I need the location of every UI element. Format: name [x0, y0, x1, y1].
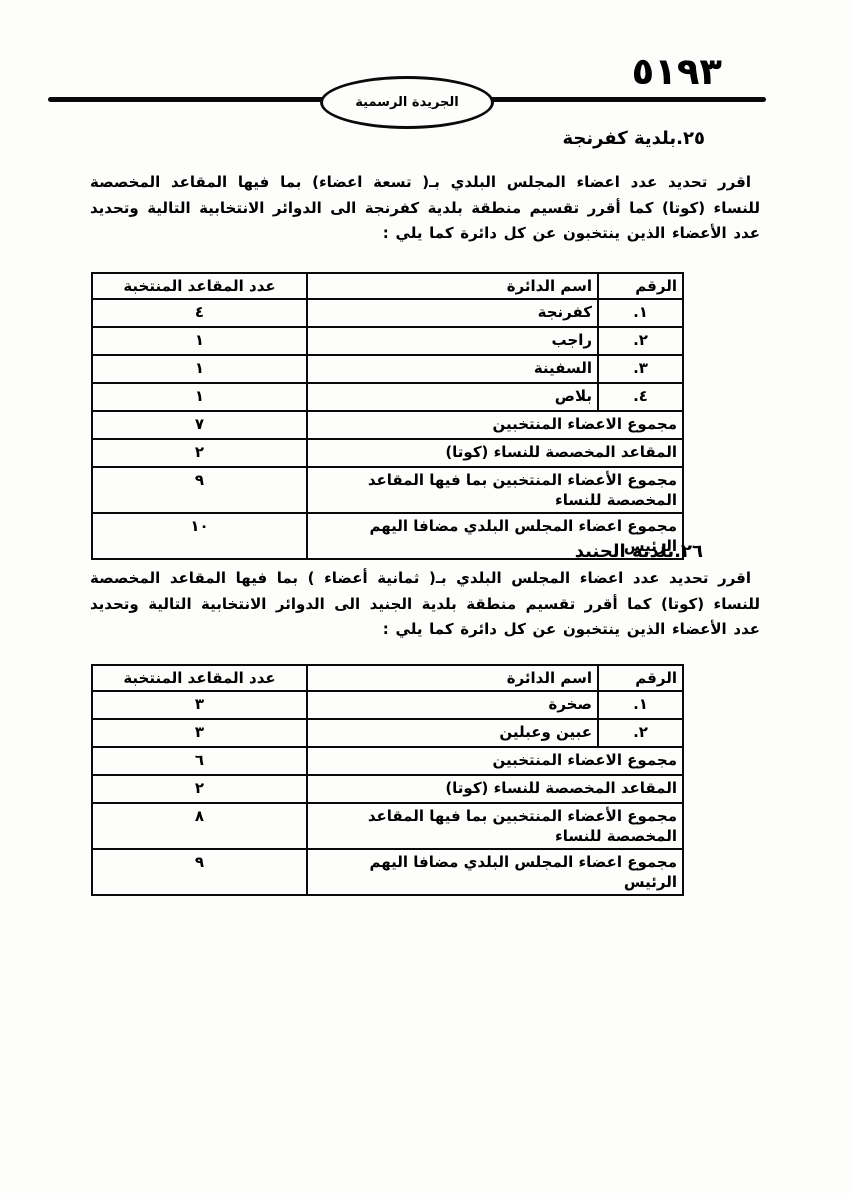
- gazette-seal-label: الجريدة الرسمية: [355, 95, 459, 110]
- summary-value: ٩: [92, 467, 307, 513]
- summary-label: مجموع الأعضاء المنتخبين بما فيها المقاعد…: [307, 803, 683, 849]
- table-header-row: الرقماسم الدائرةعدد المقاعد المنتخبة: [92, 665, 683, 691]
- table-header-row: الرقماسم الدائرةعدد المقاعد المنتخبة: [92, 273, 683, 299]
- district-seats: ٣: [92, 719, 307, 747]
- district-seats: ١: [92, 383, 307, 411]
- district-number: ٤.: [598, 383, 683, 411]
- district-name: كفرنجة: [307, 299, 598, 327]
- summary-value: ١٠: [92, 513, 307, 559]
- page-number: ٥١٩٣: [632, 50, 722, 93]
- district-number: ١.: [598, 299, 683, 327]
- summary-value: ٧: [92, 411, 307, 439]
- summary-label: المقاعد المخصصة للنساء (كوتا): [307, 439, 683, 467]
- col-header-number: الرقم: [598, 273, 683, 299]
- district-name: بلاص: [307, 383, 598, 411]
- col-header-number: الرقم: [598, 665, 683, 691]
- summary-label: مجموع اعضاء المجلس البلدي مضافا اليهم ال…: [307, 849, 683, 895]
- district-seats: ١: [92, 327, 307, 355]
- districts-table-kufranja: الرقماسم الدائرةعدد المقاعد المنتخبة١.كف…: [91, 272, 684, 560]
- section-paragraph-junaid: اقرر تحديد عدد اعضاء المجلس البلدي بـ( ث…: [90, 566, 760, 643]
- col-header-district-name: اسم الدائرة: [307, 665, 598, 691]
- district-number: ٣.: [598, 355, 683, 383]
- col-header-elected-seats: عدد المقاعد المنتخبة: [92, 273, 307, 299]
- col-header-elected-seats: عدد المقاعد المنتخبة: [92, 665, 307, 691]
- summary-value: ٢: [92, 775, 307, 803]
- district-number: ١.: [598, 691, 683, 719]
- summary-row: مجموع الاعضاء المنتخبين٧: [92, 411, 683, 439]
- summary-label: مجموع الأعضاء المنتخبين بما فيها المقاعد…: [307, 467, 683, 513]
- summary-row: مجموع اعضاء المجلس البلدي مضافا اليهم ال…: [92, 849, 683, 895]
- summary-row: مجموع الأعضاء المنتخبين بما فيها المقاعد…: [92, 467, 683, 513]
- district-name: عبين وعبلين: [307, 719, 598, 747]
- summary-value: ٢: [92, 439, 307, 467]
- district-row: ٤.بلاص١: [92, 383, 683, 411]
- summary-label: المقاعد المخصصة للنساء (كوتا): [307, 775, 683, 803]
- col-header-district-name: اسم الدائرة: [307, 273, 598, 299]
- section-title-junaid: ٢٦.بلدية الجنيد: [575, 541, 703, 562]
- district-row: ٣.السفينة١: [92, 355, 683, 383]
- summary-row: المقاعد المخصصة للنساء (كوتا)٢: [92, 439, 683, 467]
- district-seats: ١: [92, 355, 307, 383]
- district-number: ٢.: [598, 719, 683, 747]
- summary-value: ٩: [92, 849, 307, 895]
- gazette-seal: الجريدة الرسمية: [320, 76, 494, 129]
- summary-value: ٨: [92, 803, 307, 849]
- district-seats: ٣: [92, 691, 307, 719]
- gazette-page: ٥١٩٣ الجريدة الرسمية ٢٥.بلدية كفرنجة اقر…: [0, 0, 850, 1193]
- district-row: ٢.راجب١: [92, 327, 683, 355]
- district-number: ٢.: [598, 327, 683, 355]
- section-paragraph-kufranja: اقرر تحديد عدد اعضاء المجلس البلدي بـ( ت…: [90, 170, 760, 247]
- district-name: صخرة: [307, 691, 598, 719]
- summary-label: مجموع الاعضاء المنتخبين: [307, 747, 683, 775]
- section-title-kufranja: ٢٥.بلدية كفرنجة: [562, 128, 705, 149]
- district-name: راجب: [307, 327, 598, 355]
- summary-row: مجموع الأعضاء المنتخبين بما فيها المقاعد…: [92, 803, 683, 849]
- district-row: ٢.عبين وعبلين٣: [92, 719, 683, 747]
- district-row: ١.كفرنجة٤: [92, 299, 683, 327]
- district-row: ١.صخرة٣: [92, 691, 683, 719]
- district-name: السفينة: [307, 355, 598, 383]
- district-seats: ٤: [92, 299, 307, 327]
- districts-table-junaid: الرقماسم الدائرةعدد المقاعد المنتخبة١.صخ…: [91, 664, 684, 896]
- summary-value: ٦: [92, 747, 307, 775]
- summary-row: المقاعد المخصصة للنساء (كوتا)٢: [92, 775, 683, 803]
- summary-label: مجموع الاعضاء المنتخبين: [307, 411, 683, 439]
- summary-row: مجموع الاعضاء المنتخبين٦: [92, 747, 683, 775]
